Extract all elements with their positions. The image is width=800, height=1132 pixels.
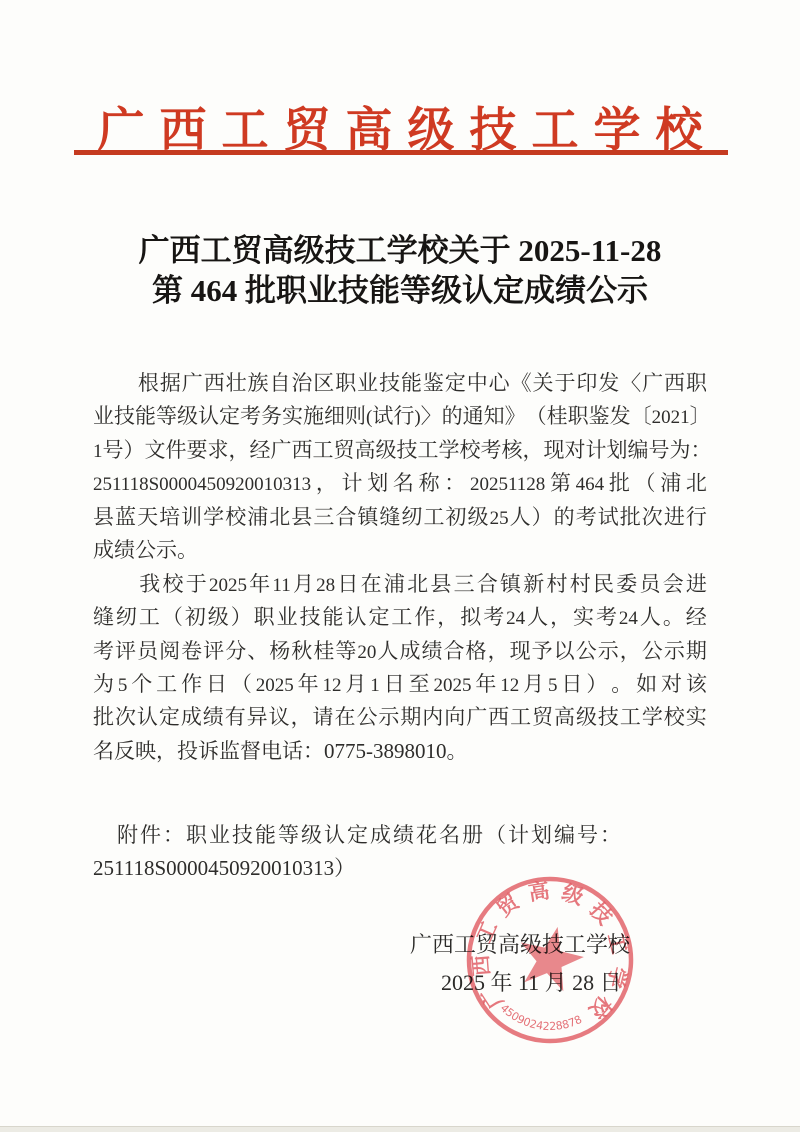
- body-line: 成绩公示。: [93, 534, 707, 567]
- svg-text:技: 技: [585, 898, 617, 930]
- body-line: 缝纫工（初级）职业技能认定工作，拟考24人，实考24人。经: [93, 601, 707, 634]
- body-line: 县蓝天培训学校浦北县三合镇缝纫工初级25人）的考试批次进行: [93, 501, 707, 534]
- document-page: 广西工贸高级技工学校 广西工贸高级技工学校关于 2025-11-28 第 464…: [0, 0, 800, 1132]
- svg-text:校: 校: [584, 991, 617, 1023]
- document-title: 广西工贸高级技工学校关于 2025-11-28 第 464 批职业技能等级认定成…: [0, 231, 800, 311]
- body-line: 考评员阅卷评分、杨秋桂等20人成绩合格，现予以公示，公示期: [93, 635, 707, 668]
- body-text: 根据广西壮族自治区职业技能鉴定中心《关于印发〈广西职 业技能等级认定考务实施细则…: [93, 367, 707, 768]
- svg-text:高: 高: [527, 878, 552, 905]
- body-line: 1号）文件要求，经广西工贸高级技工学校考核，现对计划编号为：: [93, 434, 707, 467]
- svg-text:级: 级: [559, 880, 587, 910]
- svg-text:西: 西: [468, 954, 494, 977]
- svg-text:贸: 贸: [492, 889, 524, 921]
- body-line: 251118S0000450920010313，计划名称：20251128第46…: [93, 467, 707, 500]
- letterhead-rule: [74, 150, 728, 155]
- body-line: 业技能等级认定考务实施细则(试行)〉的通知》（桂职鉴发〔2021〕: [93, 400, 707, 433]
- document-title-line2: 第 464 批职业技能等级认定成绩公示: [0, 271, 800, 311]
- seal-star-icon: [512, 920, 589, 994]
- attachment-line: 附件：职业技能等级认定成绩花名册（计划编号：: [93, 819, 733, 852]
- body-line: 为5个工作日（2025年12月1日至2025年12月5日）。如对该: [93, 668, 707, 701]
- body-line: 我校于2025年11月28日在浦北县三合镇新村村民委员会进: [93, 568, 707, 601]
- body-line: 名反映，投诉监督电话：0775-3898010。: [93, 735, 707, 768]
- svg-text:学: 学: [602, 964, 631, 990]
- official-seal-stamp: 广西工贸高级技工学校4509024228878: [462, 872, 638, 1048]
- body-line: 根据广西壮族自治区职业技能鉴定中心《关于印发〈广西职: [93, 367, 707, 400]
- scan-edge-artifact: [0, 1126, 800, 1132]
- svg-text:工: 工: [603, 930, 631, 956]
- body-line: 批次认定成绩有异议，请在公示期内向广西工贸高级技工学校实: [93, 701, 707, 734]
- document-title-line1: 广西工贸高级技工学校关于 2025-11-28: [0, 231, 800, 271]
